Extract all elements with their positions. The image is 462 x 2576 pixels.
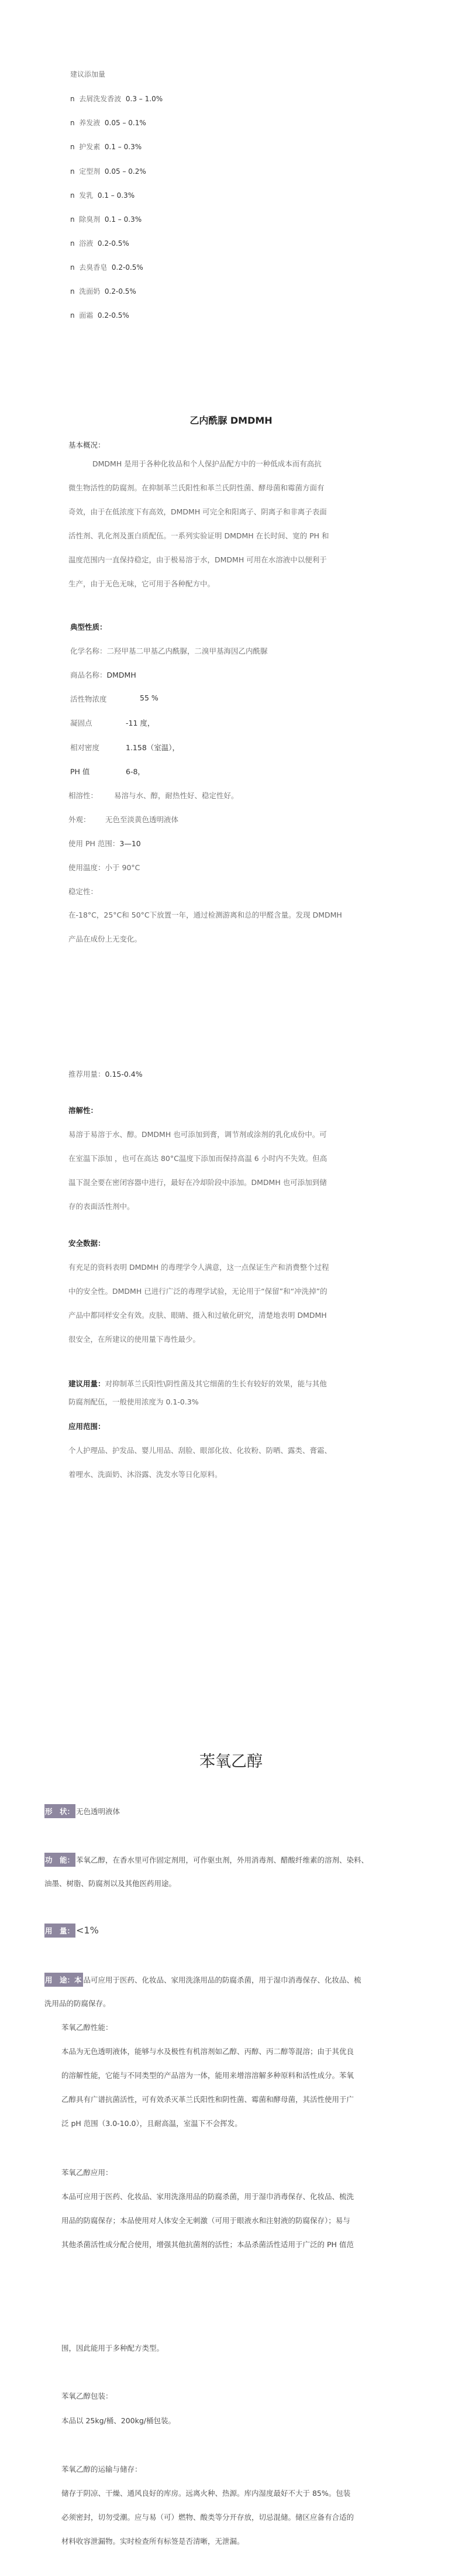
function-row: 功 能：苯氧乙醇，在香水里可作固定剂用，可作驱虫剂，外用消毒剂、醋酸纤维素的溶剂… (44, 1853, 368, 1867)
property-row: 商品名称：DMDMH (70, 669, 136, 680)
function-row-cont: 油墨、树脂、防腐剂以及其他医药用途。 (44, 1878, 176, 1888)
shape-value: 无色透明液体 (76, 1807, 120, 1816)
item-value: 0.3 – 1.0% (126, 95, 163, 103)
text-line: 有充足的资料表明 DMDMH 的毒理学令人满意，这一点保证生产和消费整个过程 (68, 1255, 408, 1279)
bullet-icon: n (70, 119, 75, 127)
storage-heading: 苯氧乙醇的运输与储存： (61, 2464, 142, 2474)
property-row: 外观： 无色至淡黄色透明液体 (68, 814, 91, 825)
property-label: 使用 PH 范围： (68, 839, 119, 848)
solubility-heading: 溶解性： (68, 1105, 98, 1115)
item-name: 洗面奶 (79, 287, 100, 296)
properties-heading: 典型性质： (70, 621, 107, 632)
property-label: PH 值 (70, 767, 89, 776)
overview-paragraph: DMDMH 是用于各种化妆品和个人保护品配方中的一种低成本而有高抗 微生物活性的… (68, 452, 396, 596)
application-heading: 应用范围： (68, 1421, 105, 1431)
recommended-dosage: 推荐用量：0.15-0.4% (68, 1069, 143, 1079)
usage-label-chip: 用 途：本 (44, 1973, 83, 1987)
usage-row: 用 途：本品可应用于医药、化妆品、家用洗涤用品的防腐杀菌，用于湿巾消毒保存、化妆… (44, 1973, 361, 1987)
dosage-value: <1% (76, 1925, 99, 1936)
list-item: n 浴液 0.2-0.5% (70, 238, 129, 248)
item-name: 发乳 (79, 191, 93, 200)
bullet-icon: n (70, 239, 75, 248)
list-item: n 洗面奶 0.2-0.5% (70, 286, 136, 296)
bullet-icon: n (70, 143, 75, 151)
function-label-chip: 功 能： (44, 1853, 75, 1867)
item-value: 0.2-0.5% (98, 239, 129, 248)
bullet-icon: n (70, 263, 75, 272)
property-value: 3—10 (119, 839, 140, 848)
text-line: 本品可应用于医药、化妆品、家用洗涤用品的防腐杀菌，用于湿巾消毒保存、化妆品、梳洗 (61, 2185, 412, 2209)
item-value: 0.05 – 0.2% (105, 167, 146, 176)
text-line: 其他杀菌活性成分配合使用，增强其他抗菌剂的活性；本品杀菌活性适用于广泛的 PH … (61, 2232, 412, 2256)
property-label: 相对密度 (70, 743, 99, 752)
text-line: 微生物活性的防腐剂。在抑制革兰氏阳性和革兰氏阴性菌、酵母菌和霉菌方面有 (68, 476, 396, 500)
property-value: 55 % (140, 693, 158, 702)
property-value: 易溶与水、醇，耐热性好、稳定性好。 (114, 790, 239, 801)
storage-paragraph: 储存于阴凉、干燥、通风良好的库房。远离火种、热源。库内湿度最好不大于 85%。包… (61, 2481, 412, 2553)
text-line: 活性剂、乳化剂及蛋白质配伍。一系列实验证明 DMDMH 在长时间、宽的 PH 和 (68, 524, 396, 548)
application-tail: 围，因此能用于多种配方类型。 (61, 2343, 164, 2353)
application-heading: 苯氧乙醇应用： (61, 2167, 113, 2177)
list-item: n 面霜 0.2-0.5% (70, 310, 129, 320)
property-label: 使用温度： (68, 863, 105, 872)
item-value: 0.2-0.5% (105, 287, 136, 296)
text-line: 在-18°C，25°C和 50°C下放置一年，通过检测游离和总的甲醛含量。发现 … (68, 903, 408, 927)
safety-paragraph: 有充足的资料表明 DMDMH 的毒理学令人满意，这一点保证生产和消费整个过程 中… (68, 1255, 408, 1351)
property-value: -11 度， (126, 717, 154, 728)
property-row: 稳定性： (68, 886, 98, 897)
text-line: 材料收容泄漏物。实时检查所有标签是否清晰，无泄漏。 (61, 2529, 412, 2553)
text-line: 本品为无色透明液体，能够与水及极性有机溶剂如乙醇、丙醇、丙二醇等混溶；由于其优良 (61, 2039, 412, 2063)
list-item: n 去屑洗发香波 0.3 – 1.0% (70, 94, 163, 104)
text-line: 必须密封，切勿受潮。应与易（可）燃物、酸类等分开存放，切忌混储。储区应备有合适的 (61, 2505, 412, 2529)
overview-heading: 基本概况： (68, 439, 105, 450)
performance-paragraph: 本品为无色透明液体，能够与水及极性有机溶剂如乙醇、丙醇、丙二醇等混溶；由于其优良… (61, 2039, 412, 2135)
item-name: 浴液 (79, 239, 93, 248)
item-name: 除臭剂 (79, 215, 100, 224)
property-label: 化学名称： (70, 647, 107, 655)
text-line: 存的表面活性剂中。 (68, 1194, 408, 1218)
recommended-label: 推荐用量： (68, 1070, 105, 1079)
suggested-text: 对抑制革兰氏阳性\阴性菌及其它细菌的生长有较好的效果，能与其他 (105, 1379, 327, 1388)
suggested-label: 建议用量： (68, 1379, 105, 1388)
bullet-icon: n (70, 167, 75, 176)
item-value: 0.1 – 0.3% (105, 143, 142, 151)
solubility-paragraph: 易溶于易溶于水、醇。DMDMH 也可添加到膏，调节剂或涂剂的乳化成份中。可 在室… (68, 1122, 408, 1218)
text-line: 很安全，在所建议的使用量下毒性最少。 (68, 1327, 408, 1351)
property-label: 外观： (68, 815, 91, 824)
shape-label-chip: 形 状： (44, 1804, 75, 1818)
item-value: 0.1 – 0.3% (105, 215, 142, 224)
item-name: 养发液 (79, 119, 100, 127)
list-item: n 护发素 0.1 – 0.3% (70, 142, 142, 152)
list-item: n 去臭香皂 0.2-0.5% (70, 262, 143, 272)
item-name: 去臭香皂 (79, 263, 107, 272)
phenoxyethanol-title: 苯氧乙醇 (0, 1749, 462, 1771)
item-value: 0.2-0.5% (112, 263, 143, 272)
property-row: 化学名称：二羟甲基二甲基乙内酰脲，二溴甲基海因乙内酰脲 (70, 645, 268, 656)
dmdmh-title: 乙内酰脲 DMDMH (0, 413, 462, 427)
property-value: 1.158（室温）， (126, 742, 180, 753)
dosage-row: 用 量：<1% (44, 1924, 99, 1938)
property-label: 商品名称： (70, 671, 107, 679)
usage-row-cont: 洗用品的防腐保存。 (44, 1998, 111, 2008)
item-name: 定型剂 (79, 167, 100, 176)
text-line: 着哩水、洗面奶、沐浴露、洗发水等日化原料。 (68, 1462, 408, 1486)
item-value: 0.1 – 0.3% (98, 191, 135, 200)
property-value: 二羟甲基二甲基乙内酰脲，二溴甲基海因乙内酰脲 (107, 647, 268, 655)
packaging-text: 本品以 25kg/桶、200kg/桶包装。 (61, 2415, 175, 2426)
property-value: 无色至淡黄色透明液体 (105, 814, 178, 825)
text-line: 温下混全要在密闭容器中进行，最好在冷却阶段中添加。DMDMH 也可添加到储 (68, 1170, 408, 1194)
stability-paragraph: 在-18°C，25°C和 50°C下放置一年，通过检测游离和总的甲醛含量。发现 … (68, 903, 408, 951)
safety-heading: 安全数据： (68, 1238, 105, 1248)
function-text: 苯氧乙醇，在香水里可作固定剂用，可作驱虫剂，外用消毒剂、醋酸纤维素的溶剂、染料、 (76, 1856, 368, 1864)
shape-row: 形 状：无色透明液体 (44, 1804, 120, 1818)
bullet-icon: n (70, 191, 75, 200)
text-line: 温度范围内一直保持稳定，由于极易溶于水，DMDMH 可用在水溶液中以便利于 (68, 548, 396, 572)
property-row: 凝固点 -11 度， (70, 717, 92, 728)
text-line: DMDMH 是用于各种化妆品和个人保护品配方中的一种低成本而有高抗 (68, 452, 396, 476)
item-value: 0.05 – 0.1% (105, 119, 146, 127)
text-line: 的溶解性能，它能与不同类型的产品溶为一体，能用来增溶溶解多种原料和活性成分。苯氧 (61, 2063, 412, 2087)
item-name: 去屑洗发香波 (79, 95, 121, 103)
application-paragraph: 本品可应用于医药、化妆品、家用洗涤用品的防腐杀菌，用于湿巾消毒保存、化妆品、梳洗… (61, 2185, 412, 2256)
list-item: n 除臭剂 0.1 – 0.3% (70, 214, 142, 224)
text-line: 储存于阴凉、干燥、通风良好的库房。远离火种、热源。库内湿度最好不大于 85%。包… (61, 2481, 412, 2505)
property-label: 凝固点 (70, 719, 92, 727)
bullet-icon: n (70, 287, 75, 296)
property-row: 相溶性： 易溶与水、醇，耐热性好、稳定性好。 (68, 790, 98, 801)
list-item: n 发乳 0.1 – 0.3% (70, 190, 135, 200)
bullet-icon: n (70, 215, 75, 224)
text-line: 乙醇具有广谱抗菌活性，可有效杀灭革兰氏阳性和阴性菌、霉菌和酵母菌，其活性使用于广 (61, 2087, 412, 2111)
list-item: n 定型剂 0.05 – 0.2% (70, 166, 146, 176)
property-label: 稳定性： (68, 887, 98, 896)
property-row: PH 值 6-8， (70, 766, 89, 777)
property-row: 相对密度 1.158（室温）， (70, 742, 99, 753)
property-label: 相溶性： (68, 791, 98, 800)
dosage-label-chip: 用 量： (44, 1924, 75, 1938)
text-line: 在室温下添加 ，也可在高达 80°C温度下添加而保持高温 6 小时内不失效。但高 (68, 1146, 408, 1170)
usage-text: 品可应用于医药、化妆品、家用洗涤用品的防腐杀菌，用于湿巾消毒保存、化妆品、梳 (84, 1976, 361, 1984)
list-item: n 养发液 0.05 – 0.1% (70, 118, 146, 128)
text-line: 个人护理品、护发品、婴儿用品、刮脸、眼部化妆、化妆粉、防晒、露类、膏霜、 (68, 1438, 408, 1462)
text-line: 中的安全性。DMDMH 已进行广泛的毒理学试验，无论用于“保留”和“冲洗掉”的 (68, 1279, 408, 1303)
item-name: 面霜 (79, 311, 93, 320)
performance-heading: 苯氧乙醇性能： (61, 2022, 113, 2032)
suggested-dosage: 建议用量：对抑制革兰氏阳性\阴性菌及其它细菌的生长有较好的效果，能与其他 (68, 1378, 327, 1389)
text-line: 产品中都同样安全有效。皮肤、眼睛、摄入和过敏化研究，清楚地表明 DMDMH (68, 1303, 408, 1327)
packaging-heading: 苯氧乙醇包装： (61, 2390, 113, 2401)
application-paragraph: 个人护理品、护发品、婴儿用品、刮脸、眼部化妆、化妆粉、防晒、露类、膏霜、 着哩水… (68, 1438, 408, 1486)
text-line: 生产，由于无色无味，它可用于各种配方中。 (68, 572, 396, 596)
property-label: 活性物浓度 (70, 695, 107, 703)
text-line: 易溶于易溶于水、醇。DMDMH 也可添加到膏，调节剂或涂剂的乳化成份中。可 (68, 1122, 408, 1146)
text-line: 奇效，由于在低浓度下有高效，DMDMH 可完全和阳离子、阴离子和非离子表面 (68, 500, 396, 524)
property-value: 小于 90°C (105, 863, 140, 872)
property-row: 使用 PH 范围：3—10 (68, 838, 141, 849)
dosage-heading: 建议添加量 (70, 69, 105, 79)
text-line: 泛 pH 范围（3.0-10.0），且耐高温，室温下不会挥发。 (61, 2111, 412, 2135)
item-name: 护发素 (79, 143, 100, 151)
property-row: 活性物浓度 55 % (70, 693, 107, 704)
suggested-dosage-cont: 防腐剂配伍，一般使用浓度为 0.1-0.3% (68, 1396, 199, 1407)
bullet-icon: n (70, 95, 75, 103)
item-value: 0.2-0.5% (98, 311, 129, 320)
recommended-value: 0.15-0.4% (105, 1070, 143, 1079)
property-value: DMDMH (107, 671, 136, 679)
text-line: 用品的防腐保存；本品使用对人体安全无刺激（可用于眼液水和注射液的防腐保存）；易与 (61, 2209, 412, 2232)
text-line: 产品在成份上无变化。 (68, 927, 408, 951)
property-row: 使用温度：小于 90°C (68, 862, 140, 873)
property-value: 6-8， (126, 766, 145, 777)
bullet-icon: n (70, 311, 75, 320)
